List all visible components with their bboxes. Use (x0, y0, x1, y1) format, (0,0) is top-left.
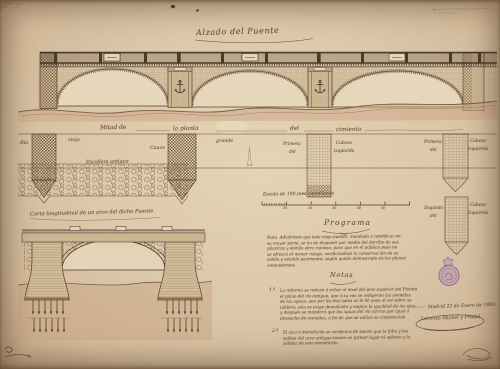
drawing-sheet: Alzado del Puente Mitad de la planta del… (0, 0, 500, 369)
paper-vignette (0, 0, 500, 369)
